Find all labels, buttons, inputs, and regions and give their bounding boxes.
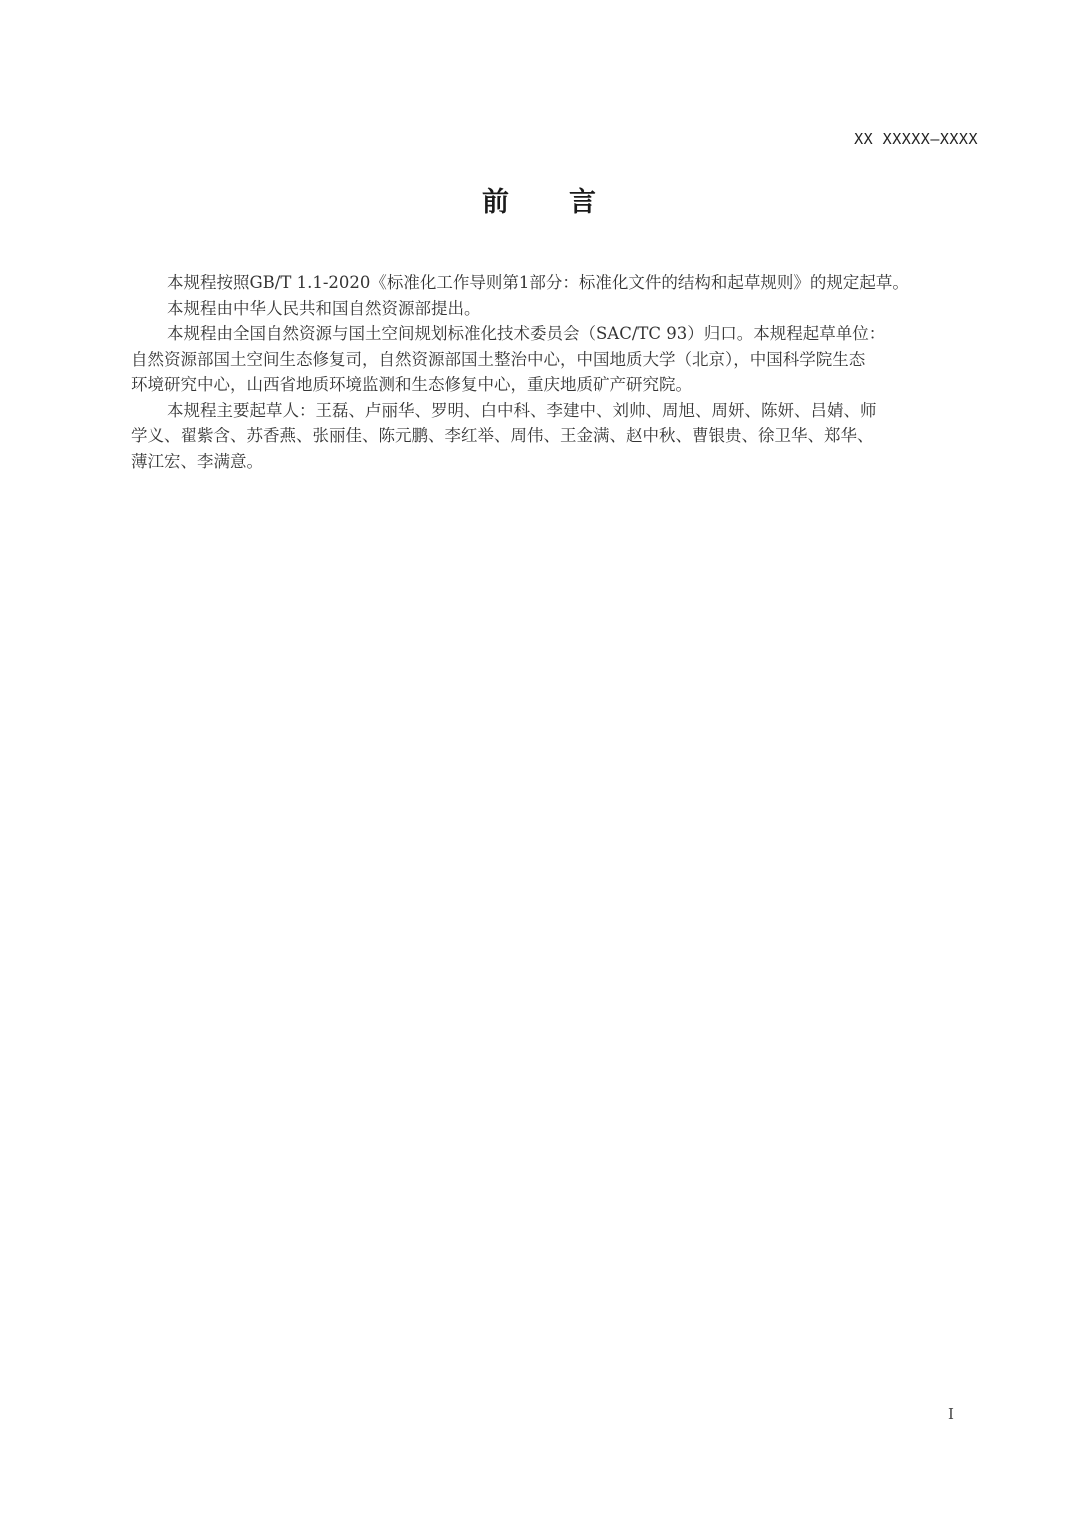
paragraph-drafters: 本规程主要起草人：王磊、卢丽华、罗明、白中科、李建中、刘帅、周旭、周妍、陈妍、吕… [131,398,981,475]
paragraph-drafting-rules: 本规程按照GB/T 1.1-2020《标准化工作导则第1部分：标准化文件的结构和… [131,270,981,296]
text-line: 学义、翟紫含、苏香燕、张丽佳、陈元鹏、李红举、周伟、王金满、赵中秋、曹银贵、徐卫… [131,423,981,449]
text-line: 自然资源部国土空间生态修复司，自然资源部国土整治中心，中国地质大学（北京），中国… [131,347,981,373]
text-line: 本规程按照GB/T 1.1-2020《标准化工作导则第1部分：标准化文件的结构和… [131,270,981,296]
document-page: XX XXXXX—XXXX 前言 本规程按照GB/T 1.1-2020《标准化工… [0,0,1080,1527]
text-line: 环境研究中心，山西省地质环境监测和生态修复中心，重庆地质矿产研究院。 [131,372,981,398]
page-title: 前言 [0,180,1080,219]
text-line: 本规程由中华人民共和国自然资源部提出。 [131,296,981,322]
text-line: 本规程由全国自然资源与国土空间规划标准化技术委员会（SAC/TC 93）归口。本… [131,321,981,347]
title-char-1: 前 [482,187,511,218]
text-line: 本规程主要起草人：王磊、卢丽华、罗明、白中科、李建中、刘帅、周旭、周妍、陈妍、吕… [131,398,981,424]
foreword-body: 本规程按照GB/T 1.1-2020《标准化工作导则第1部分：标准化文件的结构和… [131,270,981,474]
paragraph-proposer: 本规程由中华人民共和国自然资源部提出。 [131,296,981,322]
paragraph-drafting-units: 本规程由全国自然资源与国土空间规划标准化技术委员会（SAC/TC 93）归口。本… [131,321,981,398]
document-code: XX XXXXX—XXXX [854,130,978,148]
text-line: 薄江宏、李满意。 [131,449,981,475]
page-number: I [948,1405,954,1423]
title-char-2: 言 [569,187,598,218]
